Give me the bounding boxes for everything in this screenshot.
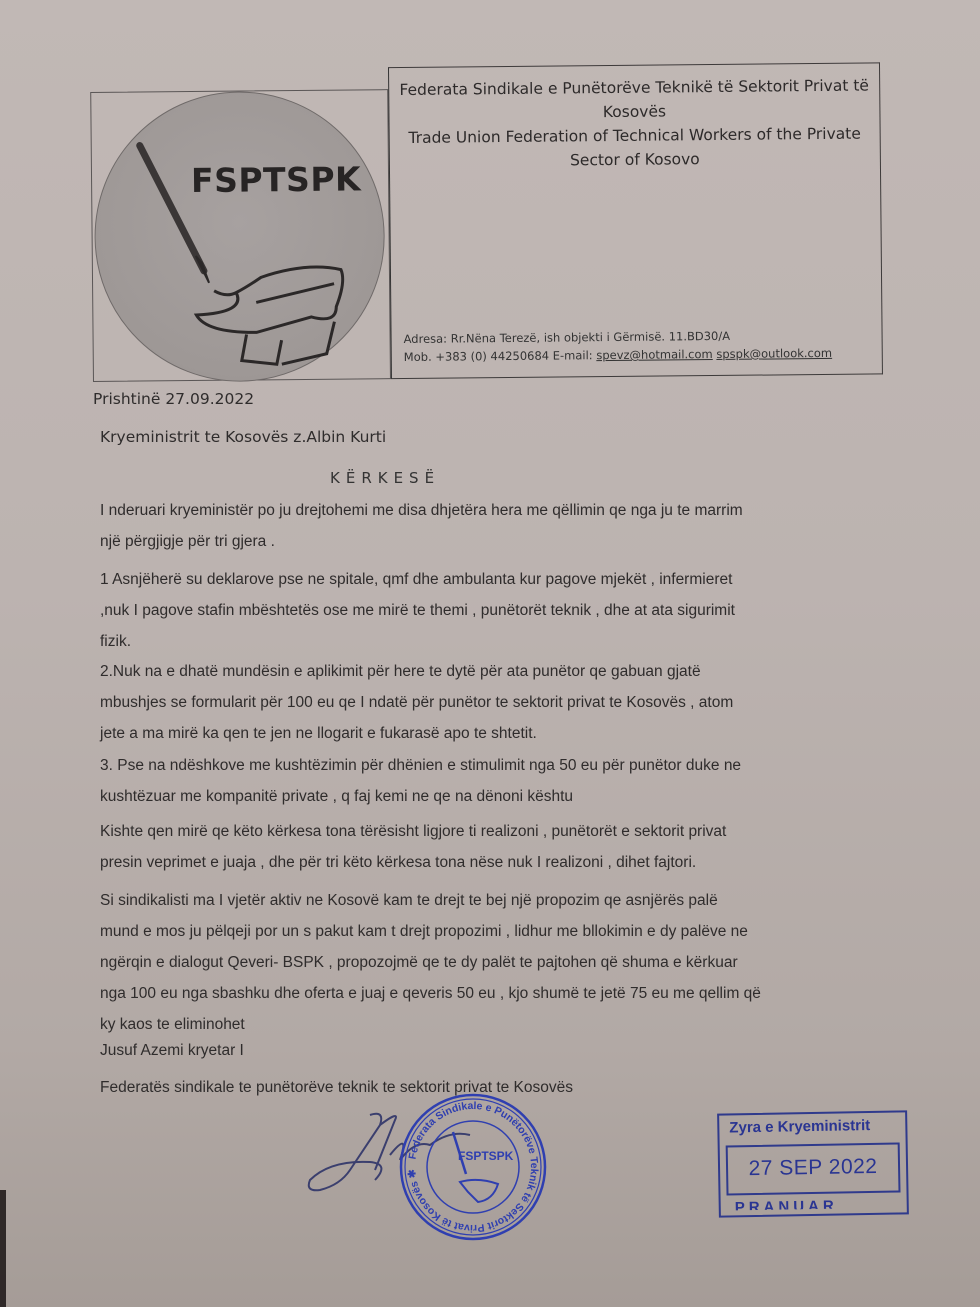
pen-anvil-icon (94, 91, 387, 384)
paragraph-point-3: 3. Pse na ndëshkove me kushtëzimin për d… (100, 750, 900, 812)
letterhead-info: Federata Sindikale e Punëtorëve Teknikë … (388, 62, 883, 379)
paragraph-demands: Kishte qen mirë qe këto kërkesa tona tër… (100, 816, 900, 878)
text-line: 2.Nuk na e dhatë mundësin e aplikimit pë… (100, 656, 900, 687)
paragraph-intro: I nderuari kryeministër po ju drejtohemi… (100, 495, 900, 557)
text-line: Si sindikalisti ma I vjetër aktiv ne Kos… (100, 885, 900, 916)
text-line: mund e mos ju pëlqeji por un s pakut kam… (100, 916, 900, 947)
received-stamp: Zyra e Kryeministrit 27 SEP 2022 PRANUAR (717, 1110, 909, 1217)
paragraph-point-1: 1 Asnjëherë su deklarove pse ne spitale,… (100, 564, 900, 657)
text-line: 1 Asnjëherë su deklarove pse ne spitale,… (100, 564, 900, 595)
logo-emblem: FSPTSPK (93, 90, 386, 383)
signatory: Jusuf Azemi kryetar I (100, 1035, 900, 1066)
text-line: jete a ma mirë ka qen te jen ne llogarit… (100, 718, 900, 749)
photo-edge-shadow (0, 1190, 6, 1307)
stamp-date-box: 27 SEP 2022 (726, 1142, 901, 1195)
text-line: Kishte qen mirë qe këto kërkesa tona tër… (100, 816, 900, 847)
paragraph-point-2: 2.Nuk na e dhatë mundësin e aplikimit pë… (100, 656, 900, 749)
paragraph-proposal: Si sindikalisti ma I vjetër aktiv ne Kos… (100, 885, 900, 1040)
document-title: KËRKESË (330, 469, 440, 487)
org-name-en-line-2: Sector of Kosovo (390, 145, 880, 174)
seal-ring-text: Federata Sindikale e Punëtorëve Teknik t… (406, 1100, 540, 1234)
org-name-en-line-1: Trade Union Federation of Technical Work… (390, 121, 880, 150)
svg-text:Federata Sindikale e Punëtorëv: Federata Sindikale e Punëtorëve Teknik t… (406, 1100, 540, 1234)
place-date: Prishtinë 27.09.2022 (93, 390, 254, 408)
mobile-label: Mob. +383 (0) 44250684 E-mail: (404, 348, 597, 364)
text-line: kushtëzuar me kompanitë private , q faj … (100, 781, 900, 812)
text-line: 3. Pse na ndëshkove me kushtëzimin për d… (100, 750, 900, 781)
contact-info: Adresa: Rr.Nëna Terezë, ish objekti i Gë… (404, 326, 833, 366)
text-line: I nderuari kryeministër po ju drejtohemi… (100, 495, 900, 526)
organization-name: Federata Sindikale e Punëtorëve Teknikë … (389, 73, 880, 174)
text-line: nga 100 eu nga sbashku dhe oferta e juaj… (100, 978, 900, 1009)
email-link-2[interactable]: spspk@outlook.com (716, 346, 832, 361)
seal-center-text: FSPTSPK (458, 1149, 514, 1163)
stamp-status: PRANUAR (735, 1196, 838, 1211)
stamp-date: 27 SEP 2022 (728, 1155, 898, 1182)
text-line: fizik. (100, 626, 900, 657)
text-line: ,nuk I pagove stafin mbështetës ose me m… (100, 595, 900, 626)
text-line: mbushjes se formularit për 100 eu qe I n… (100, 687, 900, 718)
text-line: presin veprimet e juaja , dhe për tri kë… (100, 847, 900, 878)
text-line: një përgjigje për tri gjera . (100, 526, 900, 557)
letterhead: FSPTSPK Federata Sindikale e Punëtorëve … (90, 62, 883, 382)
logo-box: FSPTSPK (90, 89, 391, 382)
organization-seal: Federata Sindikale e Punëtorëve Teknik t… (398, 1092, 548, 1242)
contact-line: Mob. +383 (0) 44250684 E-mail: spevz@hot… (404, 344, 832, 366)
org-name-sq-line-1: Federata Sindikale e Punëtorëve Teknikë … (389, 73, 879, 102)
stamp-office: Zyra e Kryeministrit (729, 1117, 870, 1136)
text-line: ngërqin e dialogut Qeveri- BSPK , propoz… (100, 947, 900, 978)
logo-text: FSPTSPK (191, 159, 361, 200)
recipient: Kryeministrit te Kosovës z.Albin Kurti (100, 428, 386, 446)
email-link-1[interactable]: spevz@hotmail.com (596, 347, 713, 362)
